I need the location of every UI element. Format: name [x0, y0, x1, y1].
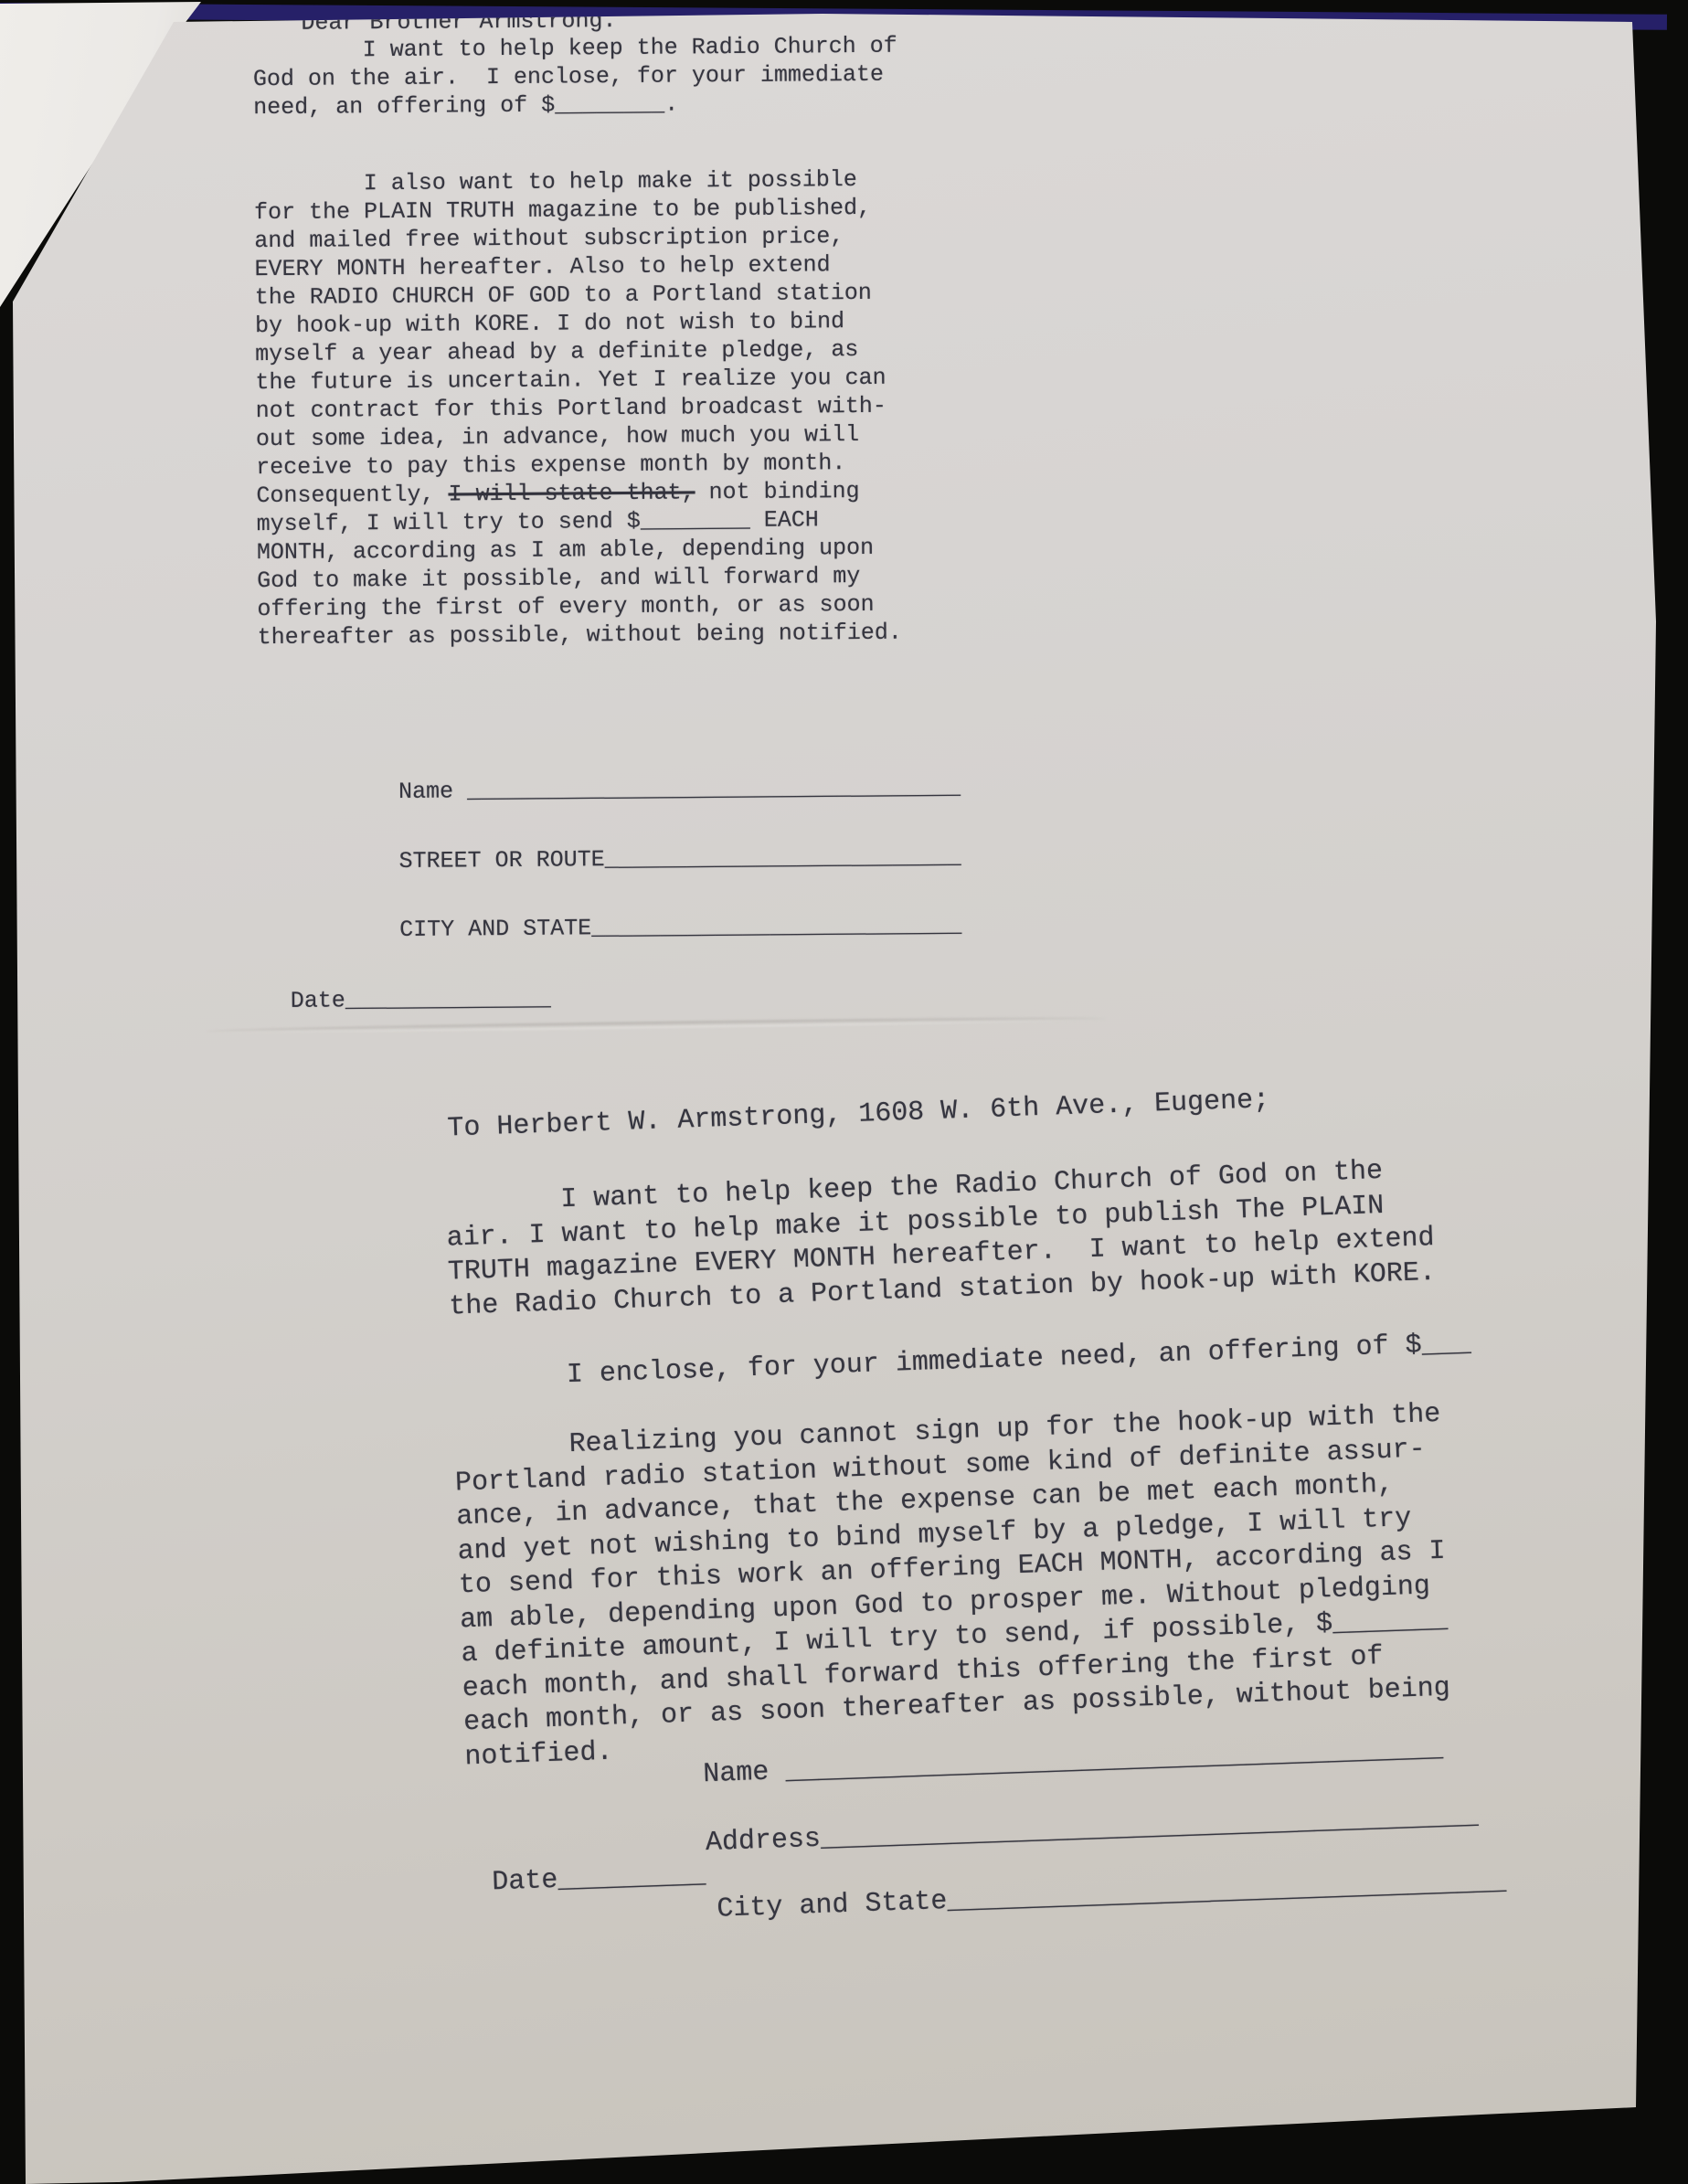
name-field: Name ___________________________________…: [398, 773, 961, 806]
struck-text: I will state that,: [448, 479, 695, 507]
field-label-with-rule: Date_______________: [291, 985, 551, 1015]
photo-of-document: Dear Brother Armstrong. I want to help k…: [0, 0, 1688, 2184]
text-line: thereafter as possible, without being no…: [258, 619, 902, 652]
paragraph-intent: I want to help keep the Radio Church of …: [445, 1153, 1437, 1325]
field-label-with-rule: STREET OR ROUTE_________________________…: [398, 843, 961, 875]
city-and-state-field: CITY AND STATE__________________________…: [399, 911, 961, 944]
text-line: To Herbert W. Armstrong, 1608 W. 6th Ave…: [447, 1084, 1270, 1147]
text-line: need, an offering of $________.: [253, 89, 897, 122]
field-label-with-rule: Date_________: [492, 1859, 706, 1901]
date-field: Date_______________: [291, 985, 551, 1015]
address-field: Address_________________________________…: [705, 1800, 1479, 1861]
field-label-with-rule: Address_________________________________…: [705, 1800, 1479, 1861]
pledge-form-1: Dear Brother Armstrong. I want to help k…: [0, 0, 1688, 1062]
typewritten-page: Dear Brother Armstrong. I want to help k…: [0, 0, 1688, 2184]
paragraph-monthly-offering: Realizing you cannot sign up for the hoo…: [453, 1398, 1452, 1775]
paragraph-pledge: I also want to help make it possiblefor …: [254, 165, 902, 652]
text-line: I enclose, for your immediate need, an o…: [451, 1328, 1471, 1397]
city-and-state-field: City and State__________________________…: [717, 1866, 1507, 1928]
paragraph-offering: I want to help keep the Radio Church ofG…: [253, 32, 898, 122]
text-line: God on the air. I enclose, for your imme…: [253, 60, 897, 94]
field-label-with-rule: City and State__________________________…: [717, 1866, 1507, 1928]
pledge-form-2: To Herbert W. Armstrong, 1608 W. 6th Ave…: [384, 1101, 1603, 2056]
street-or-route-field: STREET OR ROUTE_________________________…: [398, 843, 961, 875]
address-heading: To Herbert W. Armstrong, 1608 W. 6th Ave…: [447, 1084, 1270, 1147]
date-field: Date_________: [492, 1859, 706, 1901]
paragraph-enclose: I enclose, for your immediate need, an o…: [451, 1328, 1471, 1397]
field-label-with-rule: CITY AND STATE__________________________…: [399, 911, 961, 944]
field-label-with-rule: Name ___________________________________…: [398, 773, 961, 806]
